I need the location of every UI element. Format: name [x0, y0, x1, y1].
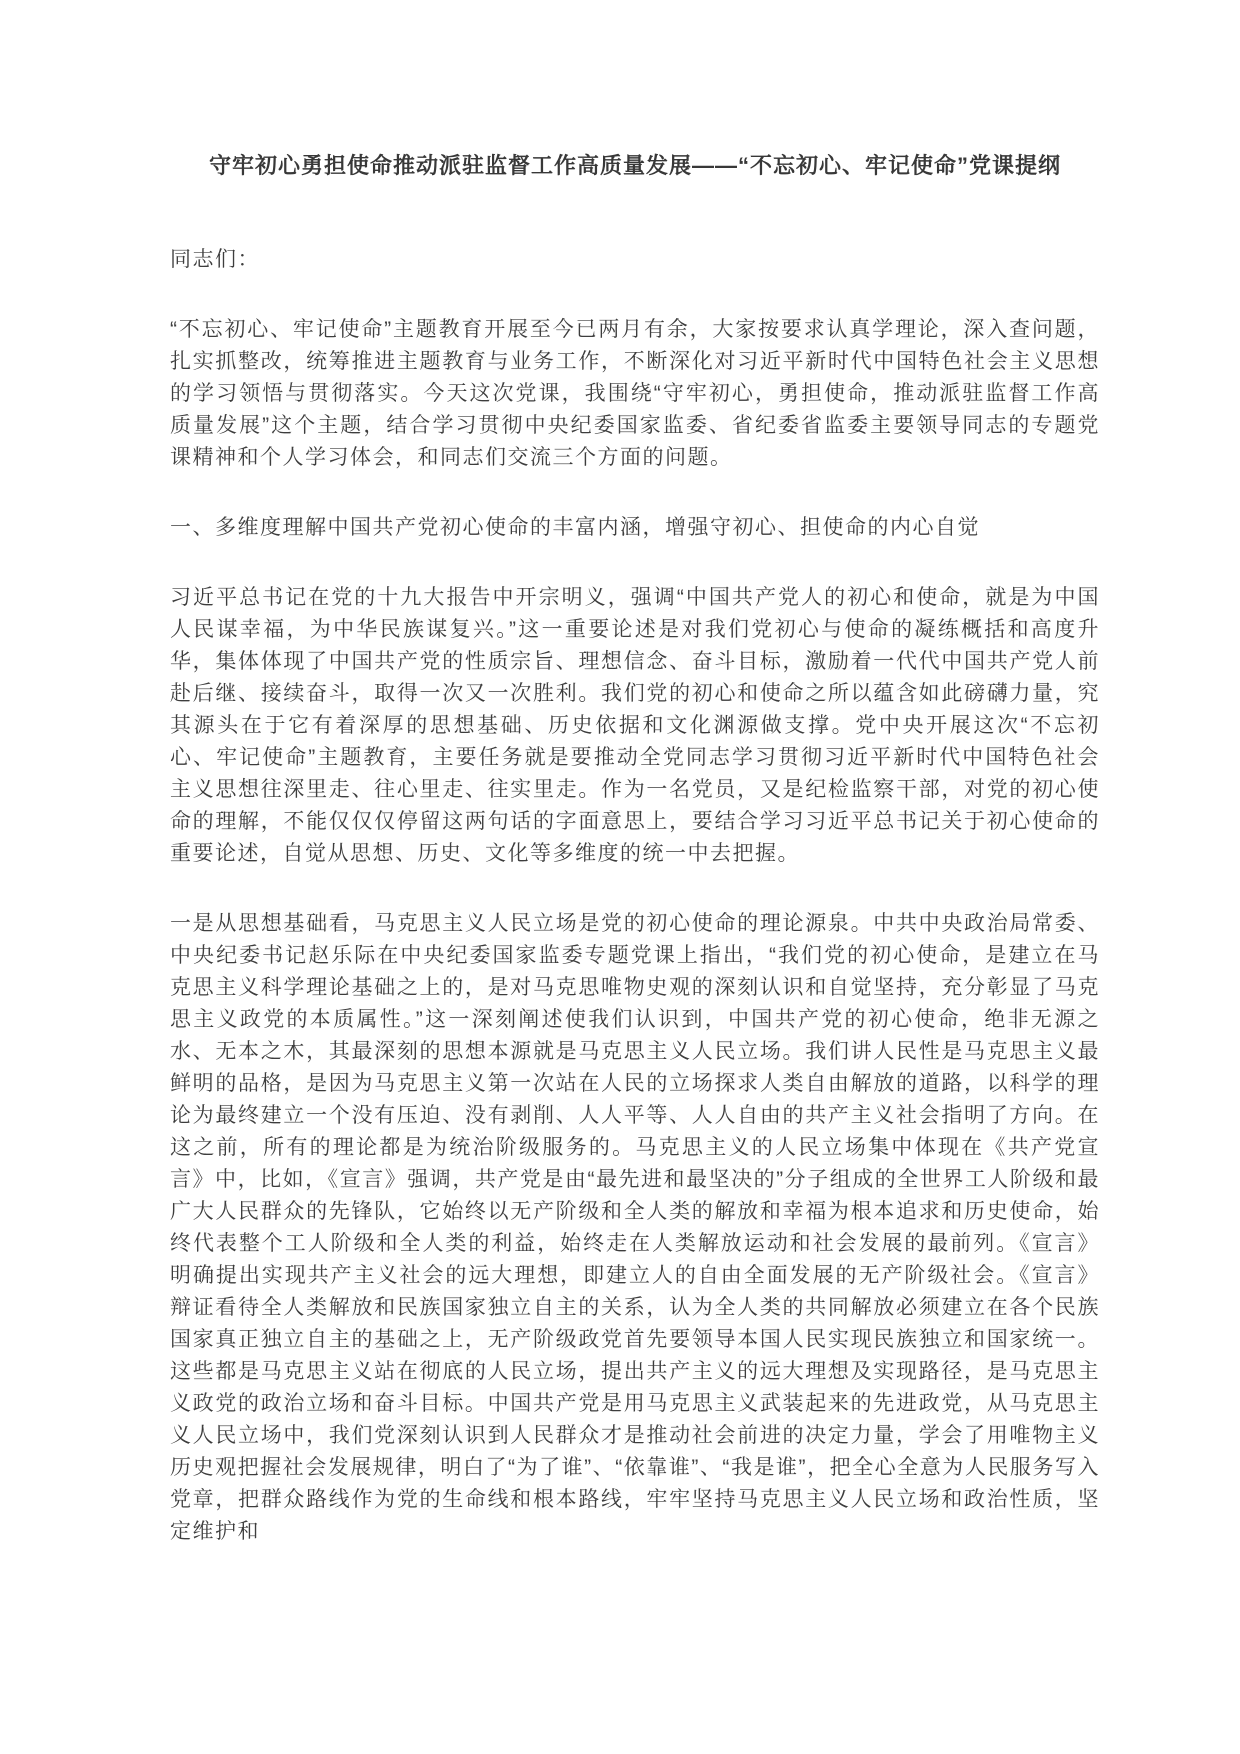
section-1-paragraph-1: 习近平总书记在党的十九大报告中开宗明义，强调“中国共产党人的初心和使命，就是为中…: [170, 582, 1100, 870]
document-page: 守牢初心勇担使命推动派驻监督工作高质量发展——“不忘初心、牢记使命”党课提纲 同…: [0, 0, 1240, 1754]
intro-paragraph: “不忘初心、牢记使命”主题教育开展至今已两月有余，大家按要求认真学理论，深入查问…: [170, 314, 1100, 474]
section-heading-1: 一、多维度理解中国共产党初心使命的丰富内涵，增强守初心、担使命的内心自觉: [170, 512, 1100, 544]
document-title: 守牢初心勇担使命推动派驻监督工作高质量发展——“不忘初心、牢记使命”党课提纲: [170, 150, 1100, 182]
salutation: 同志们：: [170, 244, 1100, 276]
section-1-paragraph-2: 一是从思想基础看，马克思主义人民立场是党的初心使命的理论源泉。中共中央政治局常委…: [170, 908, 1100, 1548]
